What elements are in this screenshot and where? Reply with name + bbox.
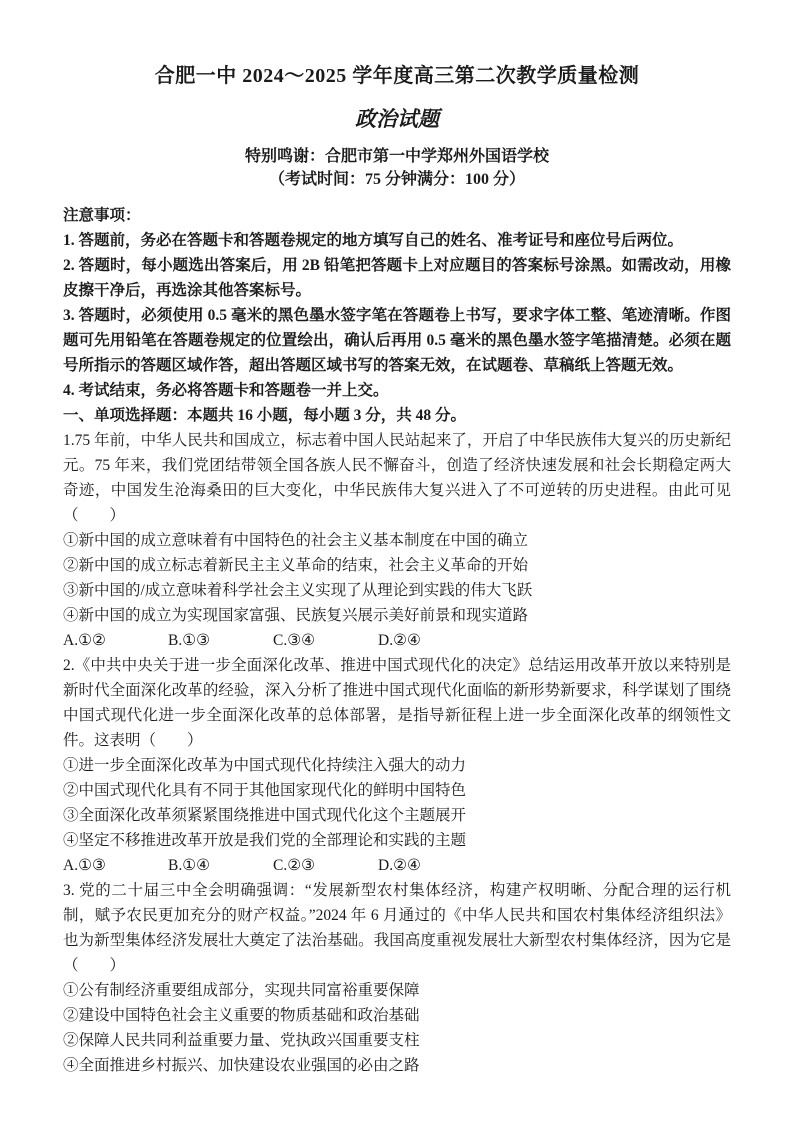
section-heading: 一、单项选择题：本题共 16 小题，每小题 3 分，共 48 分。 (63, 403, 731, 428)
paper-body: 注意事项： 1. 答题前，务必在答题卡和答题卷规定的地方填写自己的姓名、准考证号… (63, 203, 731, 1078)
choice-d: D.②④ (378, 628, 421, 653)
question-1: 1.75 年前，中华人民共和国成立，标志着中国人民站起来了，开启了中华民族伟大复… (63, 428, 731, 653)
notice-heading: 注意事项： (63, 203, 731, 228)
paper-title: 合肥一中 2024～2025 学年度高三第二次教学质量检测 (63, 62, 731, 90)
notice-section: 注意事项： 1. 答题前，务必在答题卡和答题卷规定的地方填写自己的姓名、准考证号… (63, 203, 731, 403)
question-3-statement-4: ④全面推进乡村振兴、加快建设农业强国的必由之路 (63, 1053, 731, 1078)
choice-c: C.②③ (273, 853, 378, 878)
choice-b: B.①④ (168, 853, 273, 878)
question-1-statement-2: ②新中国的成立标志着新民主主义革命的结束，社会主义革命的开始 (63, 553, 731, 578)
choice-d: D.②④ (378, 853, 421, 878)
exam-time-score-line: （考试时间：75 分钟满分：100 分） (63, 168, 731, 192)
question-3-statement-2: ②建设中国特色社会主义重要的物质基础和政治基础 (63, 1003, 731, 1028)
question-3-statement-3: ②保障人民共同利益重要力量、党执政兴国重要支柱 (63, 1028, 731, 1053)
question-2-stem: 2.《中共中央关于进一步全面深化改革、推进中国式现代化的决定》总结运用改革开放以… (63, 653, 731, 753)
exam-paper-page: 合肥一中 2024～2025 学年度高三第二次教学质量检测 政治试题 特别鸣谢：… (0, 0, 793, 1122)
question-2-statement-1: ①进一步全面深化改革为中国式现代化持续注入强大的动力 (63, 753, 731, 778)
question-1-statement-4: ④新中国的成立为实现国家富强、民族复兴展示美好前景和现实道路 (63, 603, 731, 628)
choice-c: C.③④ (273, 628, 378, 653)
question-2-statement-3: ③全面深化改革须紧紧围绕推进中国式现代化这个主题展开 (63, 803, 731, 828)
notice-item-4: 4. 考试结束，务必将答题卡和答题卷一并上交。 (63, 378, 731, 403)
question-2-statement-4: ④坚定不移推进改革开放是我们党的全部理论和实践的主题 (63, 828, 731, 853)
question-1-statement-1: ①新中国的成立意味着有中国特色的社会主义基本制度在中国的确立 (63, 528, 731, 553)
paper-subtitle: 政治试题 (63, 104, 731, 134)
choice-a: A.①③ (63, 853, 168, 878)
question-1-statement-3: ③新中国的/成立意味着科学社会主义实现了从理论到实践的伟大飞跃 (63, 578, 731, 603)
choice-a: A.①② (63, 628, 168, 653)
notice-item-3: 3. 答题时，必须使用 0.5 毫米的黑色墨水签字笔在答题卷上书写，要求字体工整… (63, 303, 731, 378)
question-2-statement-2: ②中国式现代化具有不同于其他国家现代化的鲜明中国特色 (63, 778, 731, 803)
notice-item-2: 2. 答题时，每小题选出答案后，用 2B 铅笔把答题卡上对应题目的答案标号涂黑。… (63, 253, 731, 303)
question-3: 3. 党的二十届三中全会明确强调：“发展新型农村集体经济，构建产权明晰、分配合理… (63, 878, 731, 1078)
question-2-choices: A.①③ B.①④ C.②③ D.②④ (63, 853, 731, 878)
acknowledgement-line: 特别鸣谢：合肥市第一中学郑州外国语学校 (63, 146, 731, 168)
question-2: 2.《中共中央关于进一步全面深化改革、推进中国式现代化的决定》总结运用改革开放以… (63, 653, 731, 878)
choice-b: B.①③ (168, 628, 273, 653)
question-3-statement-1: ①公有制经济重要组成部分，实现共同富裕重要保障 (63, 978, 731, 1003)
question-1-stem: 1.75 年前，中华人民共和国成立，标志着中国人民站起来了，开启了中华民族伟大复… (63, 428, 731, 528)
notice-item-1: 1. 答题前，务必在答题卡和答题卷规定的地方填写自己的姓名、准考证号和座位号后两… (63, 228, 731, 253)
question-3-stem: 3. 党的二十届三中全会明确强调：“发展新型农村集体经济，构建产权明晰、分配合理… (63, 878, 731, 978)
question-1-choices: A.①② B.①③ C.③④ D.②④ (63, 628, 731, 653)
